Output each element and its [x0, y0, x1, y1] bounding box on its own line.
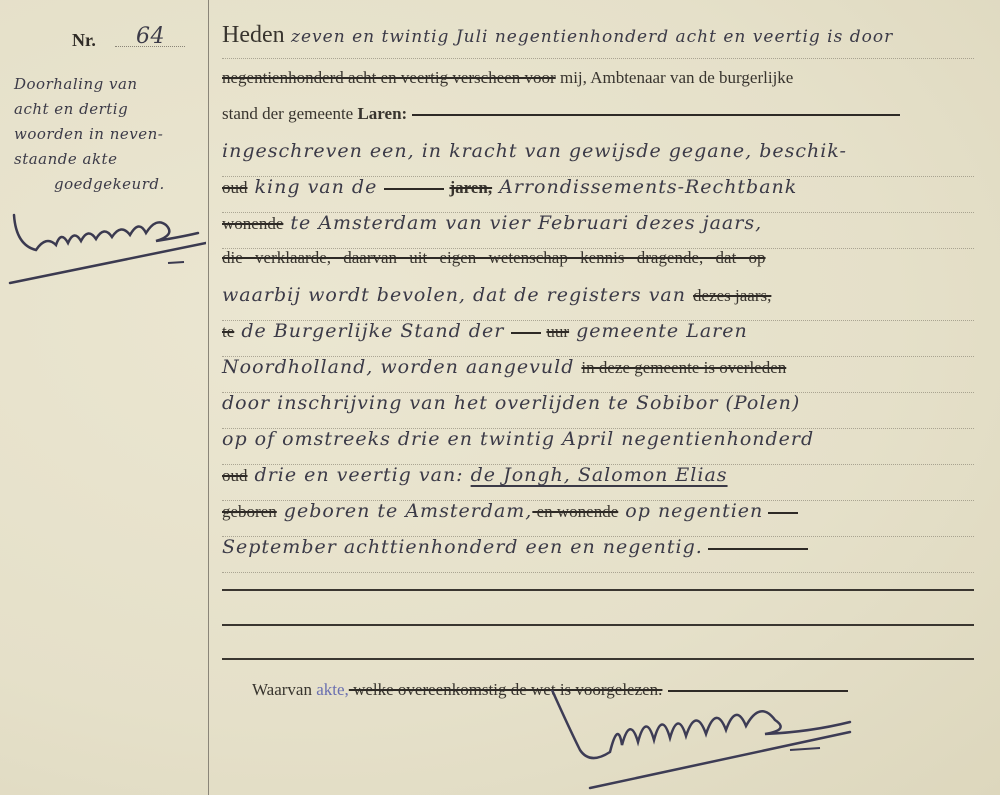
record-line: oud king van de jaren, Arrondissements-R… [222, 176, 974, 213]
deceased-name: de Jongh, Salomon Elias [471, 464, 728, 486]
record-line: die verklaarde, daarvan uit eigen wetens… [222, 248, 974, 284]
record-number-value: 64 [136, 24, 165, 49]
handwritten-text: te Amsterdam van vier Februari dezes jaa… [283, 212, 762, 234]
handwritten-text: drie en veertig van: [248, 464, 471, 486]
blank-line-rule [222, 624, 974, 626]
handwritten-text: gemeente Laren [569, 320, 748, 342]
record-line: geboren geboren te Amsterdam, en wonende… [222, 500, 974, 537]
municipality-name: Laren: [357, 104, 407, 123]
margin-note-line: goedgekeurd. [14, 172, 204, 197]
fill-rule [768, 512, 798, 514]
record-line: op of omstreeks drie en twintig April ne… [222, 428, 974, 465]
struck-printed-text: oud [222, 178, 248, 197]
struck-printed-text: negentienhonderd acht en veertig versche… [222, 68, 556, 87]
fill-rule [708, 548, 808, 550]
record-line: oud drie en veertig van: de Jongh, Salom… [222, 464, 974, 501]
handwritten-text: ingeschreven een, in kracht van gewijsde… [222, 140, 847, 162]
struck-printed-text: jaren, [449, 178, 492, 197]
handwritten-text: de Burgerlijke Stand der [234, 320, 511, 342]
record-line: door inschrijving van het overlijden te … [222, 392, 974, 429]
margin-note-line: Doorhaling van [14, 72, 204, 97]
document-page: Nr. 64 Doorhaling van acht en dertig woo… [0, 0, 1000, 795]
fill-rule [384, 188, 444, 190]
record-line: Heden zeven en twintig Juli negentienhon… [222, 22, 974, 59]
margin-signature-icon [6, 205, 206, 295]
margin-column: Nr. 64 Doorhaling van acht en dertig woo… [0, 0, 208, 795]
handwritten-text: zeven en twintig Juli negentienhonderd a… [285, 27, 894, 47]
handwritten-text: Noordholland, worden aangevuld [222, 356, 581, 378]
struck-printed-text: dezes jaars, [693, 286, 771, 305]
record-line: September achttienhonderd een en negenti… [222, 536, 974, 573]
record-line: ingeschreven een, in kracht van gewijsde… [222, 140, 974, 177]
struck-printed-text: en wonende [532, 502, 618, 521]
record-number-label: Nr. [72, 30, 96, 51]
record-body: Heden zeven en twintig Juli negentienhon… [208, 0, 1000, 795]
printed-text: Heden [222, 22, 285, 48]
fill-rule [412, 114, 900, 116]
struck-printed-text: wonende [222, 214, 283, 233]
record-line: Noordholland, worden aangevuld in deze g… [222, 356, 974, 393]
official-signature-icon [550, 690, 870, 790]
struck-printed-text: die verklaarde, daarvan uit eigen wetens… [222, 248, 766, 267]
margin-note-line: woorden in neven- [14, 122, 204, 147]
struck-printed-text: oud [222, 466, 248, 485]
record-line: te de Burgerlijke Stand der uur gemeente… [222, 320, 974, 357]
margin-annotation: Doorhaling van acht en dertig woorden in… [14, 72, 204, 197]
blank-line-rule [222, 589, 974, 591]
handwritten-text: geboren te Amsterdam, [277, 500, 533, 522]
handwritten-text: September achttienhonderd een en negenti… [222, 536, 703, 558]
record-line: wonende te Amsterdam van vier Februari d… [222, 212, 974, 249]
record-line: waarbij wordt bevolen, dat de registers … [222, 284, 974, 321]
record-line: negentienhonderd acht en veertig versche… [222, 68, 974, 104]
struck-printed-text: in deze gemeente is overleden [581, 358, 786, 377]
handwritten-text: op of omstreeks drie en twintig April ne… [222, 428, 814, 450]
blank-line-rule [222, 658, 974, 660]
handwritten-text: op negentien [618, 500, 763, 522]
akte-word: akte, [316, 680, 349, 699]
struck-printed-text: uur [546, 322, 569, 341]
struck-printed-text: te [222, 322, 234, 341]
margin-note-line: acht en dertig [14, 97, 204, 122]
printed-text: stand der gemeente [222, 104, 357, 123]
margin-note-line: staande akte [14, 147, 204, 172]
printed-text: mij, Ambtenaar van de burgerlijke [556, 68, 794, 87]
record-line: stand der gemeente Laren: [222, 104, 974, 140]
struck-printed-text: geboren [222, 502, 277, 521]
handwritten-text: waarbij wordt bevolen, dat de registers … [222, 284, 693, 306]
fill-rule [511, 332, 541, 334]
printed-text: Waarvan [252, 680, 316, 699]
handwritten-text: king van de [248, 176, 385, 198]
handwritten-text: Arrondissements-Rechtbank [492, 176, 797, 198]
handwritten-text: door inschrijving van het overlijden te … [222, 392, 800, 414]
